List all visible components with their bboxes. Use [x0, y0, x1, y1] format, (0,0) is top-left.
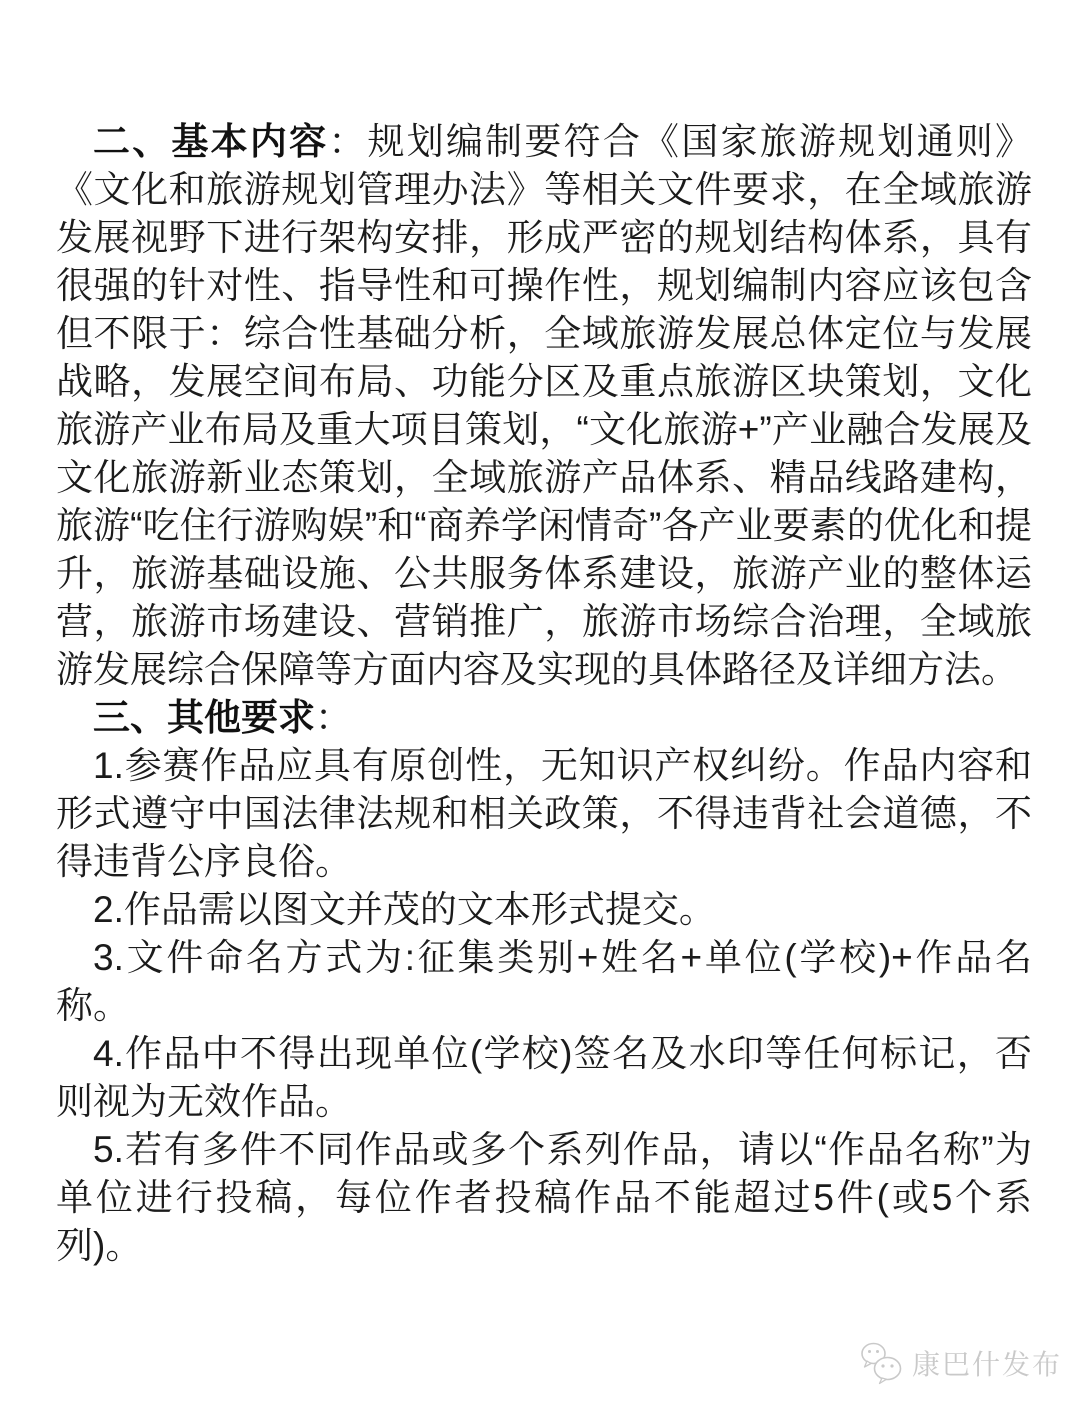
section-heading-basic-content: 二、基本内容 — [93, 121, 328, 162]
requirement-item-3: 3.文件命名方式为:征集类别+姓名+单位(学校)+作品名称。 — [56, 934, 1032, 1030]
requirement-item-5: 5.若有多件不同作品或多个系列作品，请以“作品名称”为单位进行投稿，每位作者投稿… — [56, 1126, 1032, 1270]
section-heading-other-requirements: 三、其他要求 — [93, 697, 315, 738]
section-heading-colon: ： — [315, 697, 352, 738]
paragraph-basic-content: 二、基本内容：规划编制要符合《国家旅游规划通则》《文化和旅游规划管理办法》等相关… — [56, 118, 1032, 694]
requirement-item-1: 1.参赛作品应具有原创性，无知识产权纠纷。作品内容和形式遵守中国法律法规和相关政… — [56, 742, 1032, 886]
requirement-item-2: 2.作品需以图文并茂的文本形式提交。 — [56, 886, 1032, 934]
section-body-text: 规划编制要符合《国家旅游规划通则》《文化和旅游规划管理办法》等相关文件要求，在全… — [56, 121, 1032, 690]
watermark-label: 康巴什发布 — [912, 1343, 1062, 1383]
wechat-icon — [858, 1340, 904, 1386]
requirement-item-4: 4.作品中不得出现单位(学校)签名及水印等任何标记，否则视为无效作品。 — [56, 1030, 1032, 1126]
watermark: 康巴什发布 — [858, 1340, 1062, 1386]
section-heading-colon: ： — [328, 121, 367, 162]
article-body: 二、基本内容：规划编制要符合《国家旅游规划通则》《文化和旅游规划管理办法》等相关… — [56, 118, 1032, 1270]
paragraph-other-requirements-heading: 三、其他要求： — [56, 694, 1032, 742]
